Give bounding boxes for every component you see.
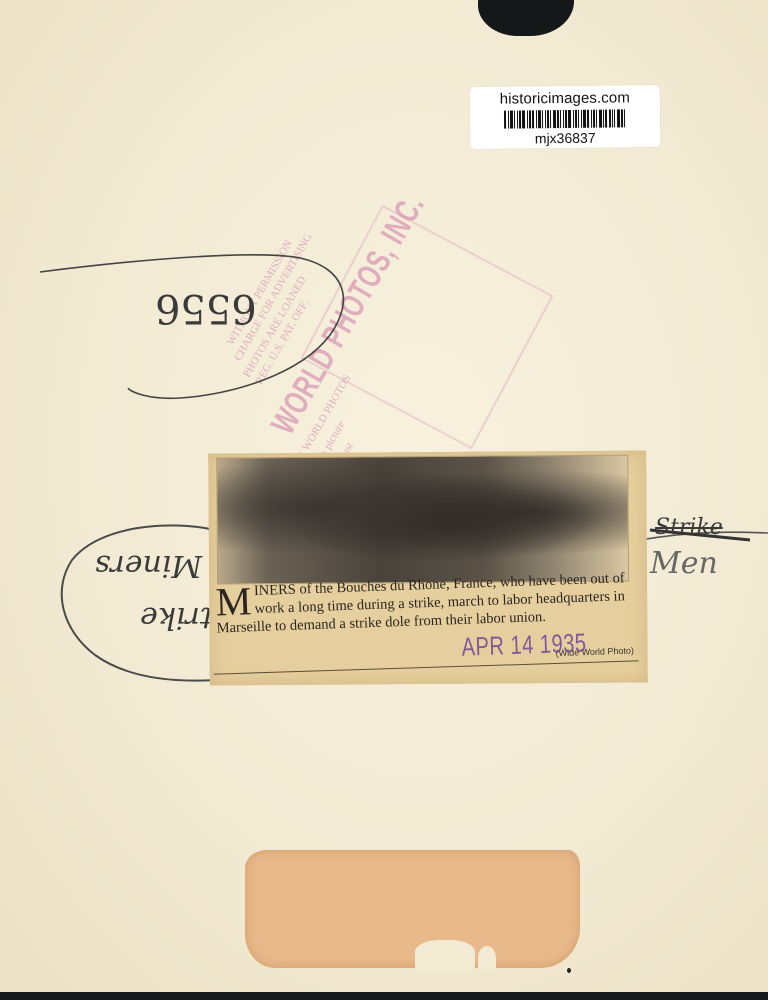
date-stamp: APR 14 1935 — [461, 627, 587, 662]
barcode-bar — [552, 110, 555, 128]
newspaper-clipping: MINERS of the Bouches du Rhone, France, … — [208, 450, 648, 685]
barcode-bar — [620, 109, 622, 127]
clipping-photo — [216, 455, 629, 585]
barcode-bar — [518, 110, 520, 128]
barcode-bar — [616, 109, 619, 127]
barcode-bar — [556, 110, 558, 128]
ink-dot — [567, 968, 571, 973]
barcode-bar — [549, 110, 550, 128]
dropcap: M — [215, 584, 252, 619]
barcode-bar — [608, 110, 610, 128]
label-site: historicimages.com — [470, 89, 660, 108]
barcode-label: historicimages.com mjx36837 — [470, 85, 661, 149]
tape-gap — [478, 946, 496, 970]
barcode-bar — [567, 110, 570, 128]
barcode-bar — [580, 110, 581, 128]
barcode-bar — [537, 110, 540, 128]
barcode-bar — [526, 110, 527, 128]
barcode-bar — [582, 110, 585, 128]
barcode-bar — [513, 111, 514, 129]
barcode-bar — [503, 111, 505, 129]
scan-bottom-edge — [0, 992, 768, 1000]
clipping-rule — [214, 660, 639, 674]
barcode-bar — [595, 110, 596, 128]
barcode-bar — [602, 110, 603, 128]
barcode-bar — [590, 110, 591, 128]
barcode-bar — [528, 110, 530, 128]
barcode-bar — [604, 110, 606, 128]
barcode-bar — [611, 110, 612, 128]
barcode-bar — [531, 110, 533, 128]
barcode-bar — [598, 110, 601, 128]
barcode-bar — [544, 110, 545, 128]
barcode-bar — [623, 109, 624, 127]
barcode-bar — [559, 110, 560, 128]
barcode-bar — [546, 110, 548, 128]
barcode-bar — [541, 110, 542, 128]
pencil-note-left: Miners — [95, 548, 202, 583]
barcode-bar — [577, 110, 578, 128]
barcode-bar — [562, 110, 563, 128]
barcode-icon — [490, 109, 640, 129]
tape-gap — [415, 940, 475, 970]
label-code: mjx36837 — [470, 129, 660, 147]
pencil-note-right-struck: Strike — [655, 515, 723, 540]
barcode-bar — [613, 109, 614, 127]
barcode-bar — [592, 110, 594, 128]
barcode-bar — [521, 110, 524, 128]
barcode-bar — [564, 110, 566, 128]
barcode-bar — [535, 110, 536, 128]
barcode-bar — [507, 111, 508, 129]
barcode-bar — [586, 110, 588, 128]
tape-residue — [245, 850, 580, 968]
barcode-bar — [572, 110, 573, 128]
pencil-note-right: Men — [650, 546, 718, 581]
barcode-bar — [516, 110, 517, 128]
barcode-bar — [509, 111, 512, 129]
pencil-number: 6556 — [155, 285, 257, 331]
barcode-bar — [574, 110, 576, 128]
